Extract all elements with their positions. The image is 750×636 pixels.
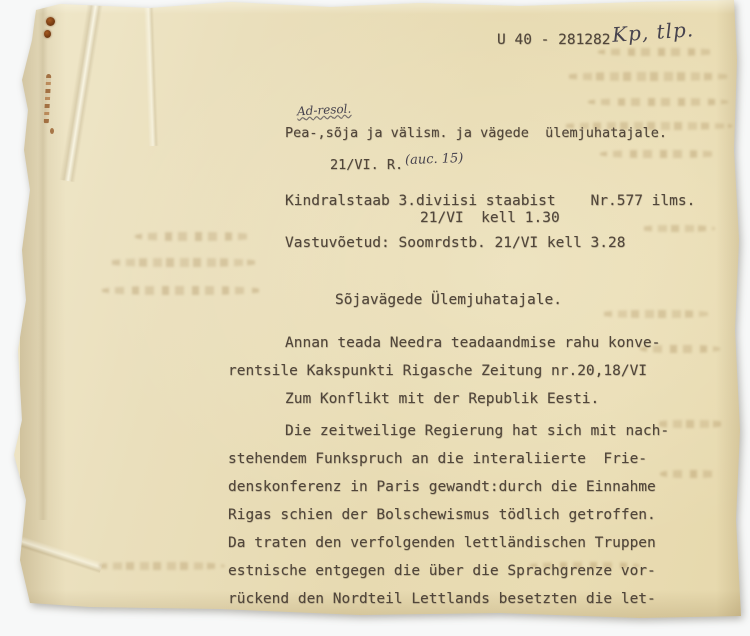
scanned-document: U 40 - 281282 Kp, tlp. Ad-resol. Pea-,sõ… — [0, 0, 750, 636]
rust-pinhole — [44, 30, 51, 38]
body-line: denskonferenz in Paris gewandt:durch die… — [228, 477, 656, 497]
rust-stain — [50, 128, 54, 134]
paper-crease — [0, 528, 103, 573]
recipient-line: Pea-,sõja ja välism. ja vägede ülemjuhat… — [285, 123, 667, 143]
body-line: rentsile Kakspunkti Rigasche Zeitung nr.… — [228, 361, 647, 381]
ink-bleedthrough — [135, 232, 255, 241]
ink-bleedthrough — [588, 98, 728, 106]
paper-edge-shading-top — [0, 0, 750, 14]
ink-bleedthrough — [598, 48, 718, 56]
rust-stain — [44, 74, 52, 124]
received-line: Vastuvõetud: Soomrdstb. 21/VI kell 3.28 — [285, 233, 625, 253]
body-line: estnische entgegen die über die Sprachgr… — [228, 561, 656, 581]
ink-bleedthrough — [108, 258, 258, 267]
handwritten-date-annotation: (auc. 15) — [405, 151, 464, 168]
handwritten-reference-annotation: Kp, tlp. — [611, 17, 695, 47]
ink-bleedthrough — [600, 310, 710, 318]
handwritten-resolution-note: Ad-resol. — [297, 102, 352, 119]
reference-number: U 40 - 281282 — [497, 30, 611, 50]
ink-bleedthrough — [640, 225, 715, 232]
body-line: Da traten den verfolgenden lettländische… — [228, 533, 656, 553]
paper-crease — [59, 0, 105, 182]
body-line: Rigas schien der Bolschewismus tödlich g… — [228, 505, 656, 525]
paper-sheet: U 40 - 281282 Kp, tlp. Ad-resol. Pea-,sõ… — [0, 0, 750, 636]
date-line: 21/VI. R. — [330, 155, 403, 175]
ink-bleedthrough — [660, 470, 720, 478]
body-line: rückend den Nordteil Lettlands besetzten… — [228, 589, 656, 609]
paper-edge-shading-right — [716, 0, 742, 636]
ink-bleedthrough — [95, 562, 225, 570]
salutation: Sõjavägede Ülemjuhatajale. — [335, 290, 562, 310]
body-line: Die zeitweilige Regierung hat sich mit n… — [285, 421, 669, 441]
origin-time: 21/VI kell 1.30 — [420, 208, 560, 228]
body-line: Zum Konflikt mit der Republik Eesti. — [285, 389, 599, 409]
paper-crease — [143, 0, 158, 146]
body-line: Annan teada Needra teadaandmise rahu kon… — [285, 333, 660, 353]
paper-edge-shading-left — [20, 0, 66, 636]
ink-bleedthrough — [600, 150, 720, 158]
body-line: stehendem Funkspruch an die interaliiert… — [228, 449, 647, 469]
ink-bleedthrough — [565, 72, 730, 81]
rust-pinhole — [46, 17, 55, 26]
ink-bleedthrough — [102, 286, 262, 295]
